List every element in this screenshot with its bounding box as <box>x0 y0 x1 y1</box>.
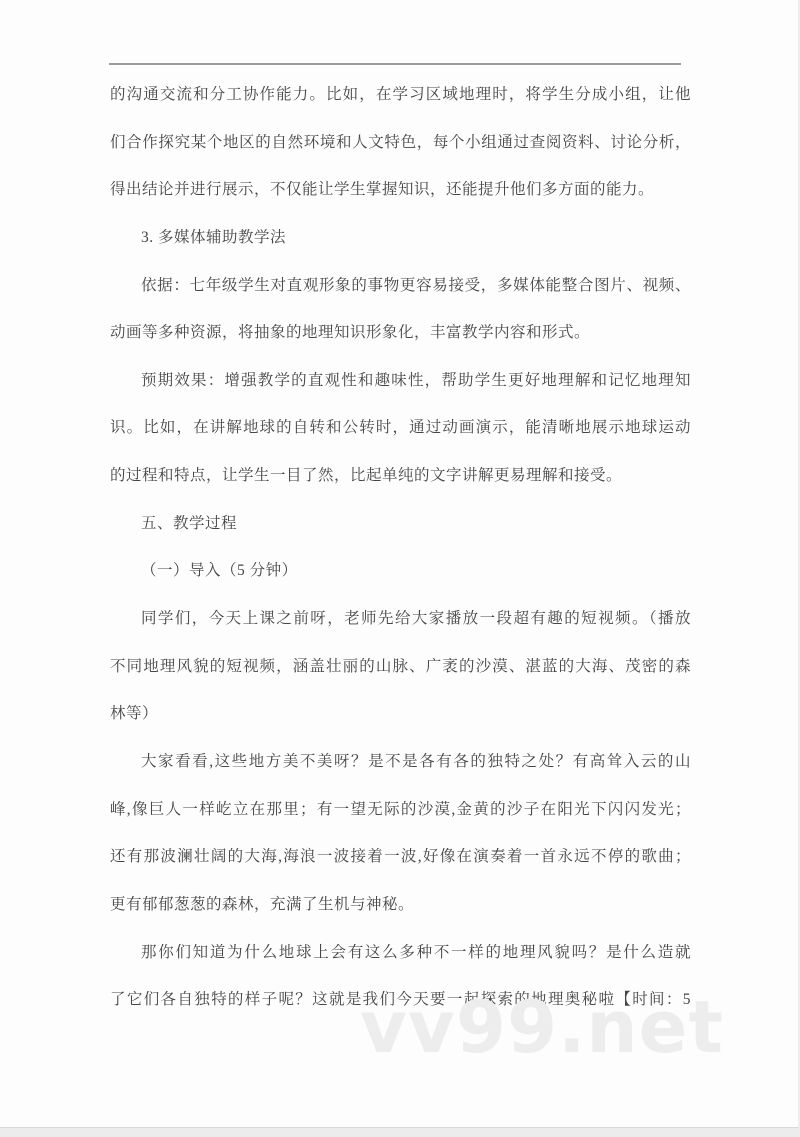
text-line: 更有郁郁葱葱的森林，充满了生机与神秘。 <box>110 881 691 929</box>
text-line: 的过程和特点，让学生一目了然，比起单纯的文字讲解更易理解和接受。 <box>110 452 691 500</box>
document-page: 的沟通交流和分工协作能力。比如，在学习区域地理时，将学生分成小组，让他们合作探究… <box>0 0 800 1128</box>
text-line: 得出结论并进行展示，不仅能让学生掌握知识，还能提升他们多方面的能力。 <box>110 166 691 214</box>
text-line: 大家看看,这些地方美不美呀？是不是各有各的独特之处？有高耸入云的山 <box>110 738 691 786</box>
text-line: 依据：七年级学生对直观形象的事物更容易接受，多媒体能整合图片、视频、 <box>110 262 691 310</box>
watermark: vv99.net <box>360 985 724 1069</box>
text-line: 不同地理风貌的短视频，涵盖壮丽的山脉、广袤的沙漠、湛蓝的大海、茂密的森 <box>110 643 691 691</box>
text-line: （一）导入（5 分钟） <box>110 547 691 595</box>
text-line: 还有那波澜壮阔的大海,海浪一波接着一波,好像在演奏着一首永远不停的歌曲； <box>110 833 691 881</box>
text-line: 预期效果：增强教学的直观性和趣味性，帮助学生更好地理解和记忆地理知 <box>110 357 691 405</box>
text-line: 动画等多种资源，将抽象的地理知识形象化，丰富教学内容和形式。 <box>110 309 691 357</box>
text-line: 林等） <box>110 690 691 738</box>
text-line: 们合作探究某个地区的自然环境和人文特色，每个小组通过查阅资料、讨论分析， <box>110 119 691 167</box>
text-line: 五、教学过程 <box>110 500 691 548</box>
text-line: 那你们知道为什么地球上会有这么多种不一样的地理风貌吗？是什么造就 <box>110 929 691 977</box>
text-line: 峰,像巨人一样屹立在那里；有一望无际的沙漠,金黄的沙子在阳光下闪闪发光； <box>110 786 691 834</box>
page-bottom-edge <box>0 1128 800 1137</box>
page-top-divider <box>109 63 681 65</box>
text-line: 的沟通交流和分工协作能力。比如，在学习区域地理时，将学生分成小组，让他 <box>110 71 691 119</box>
text-line: 3. 多媒体辅助教学法 <box>110 214 691 262</box>
document-viewport: 的沟通交流和分工协作能力。比如，在学习区域地理时，将学生分成小组，让他们合作探究… <box>0 0 800 1137</box>
document-text: 的沟通交流和分工协作能力。比如，在学习区域地理时，将学生分成小组，让他们合作探究… <box>110 71 691 1024</box>
text-line: 同学们，今天上课之前呀，老师先给大家播放一段超有趣的短视频。（播放 <box>110 595 691 643</box>
text-line: 识。比如，在讲解地球的自转和公转时，通过动画演示，能清晰地展示地球运动 <box>110 404 691 452</box>
